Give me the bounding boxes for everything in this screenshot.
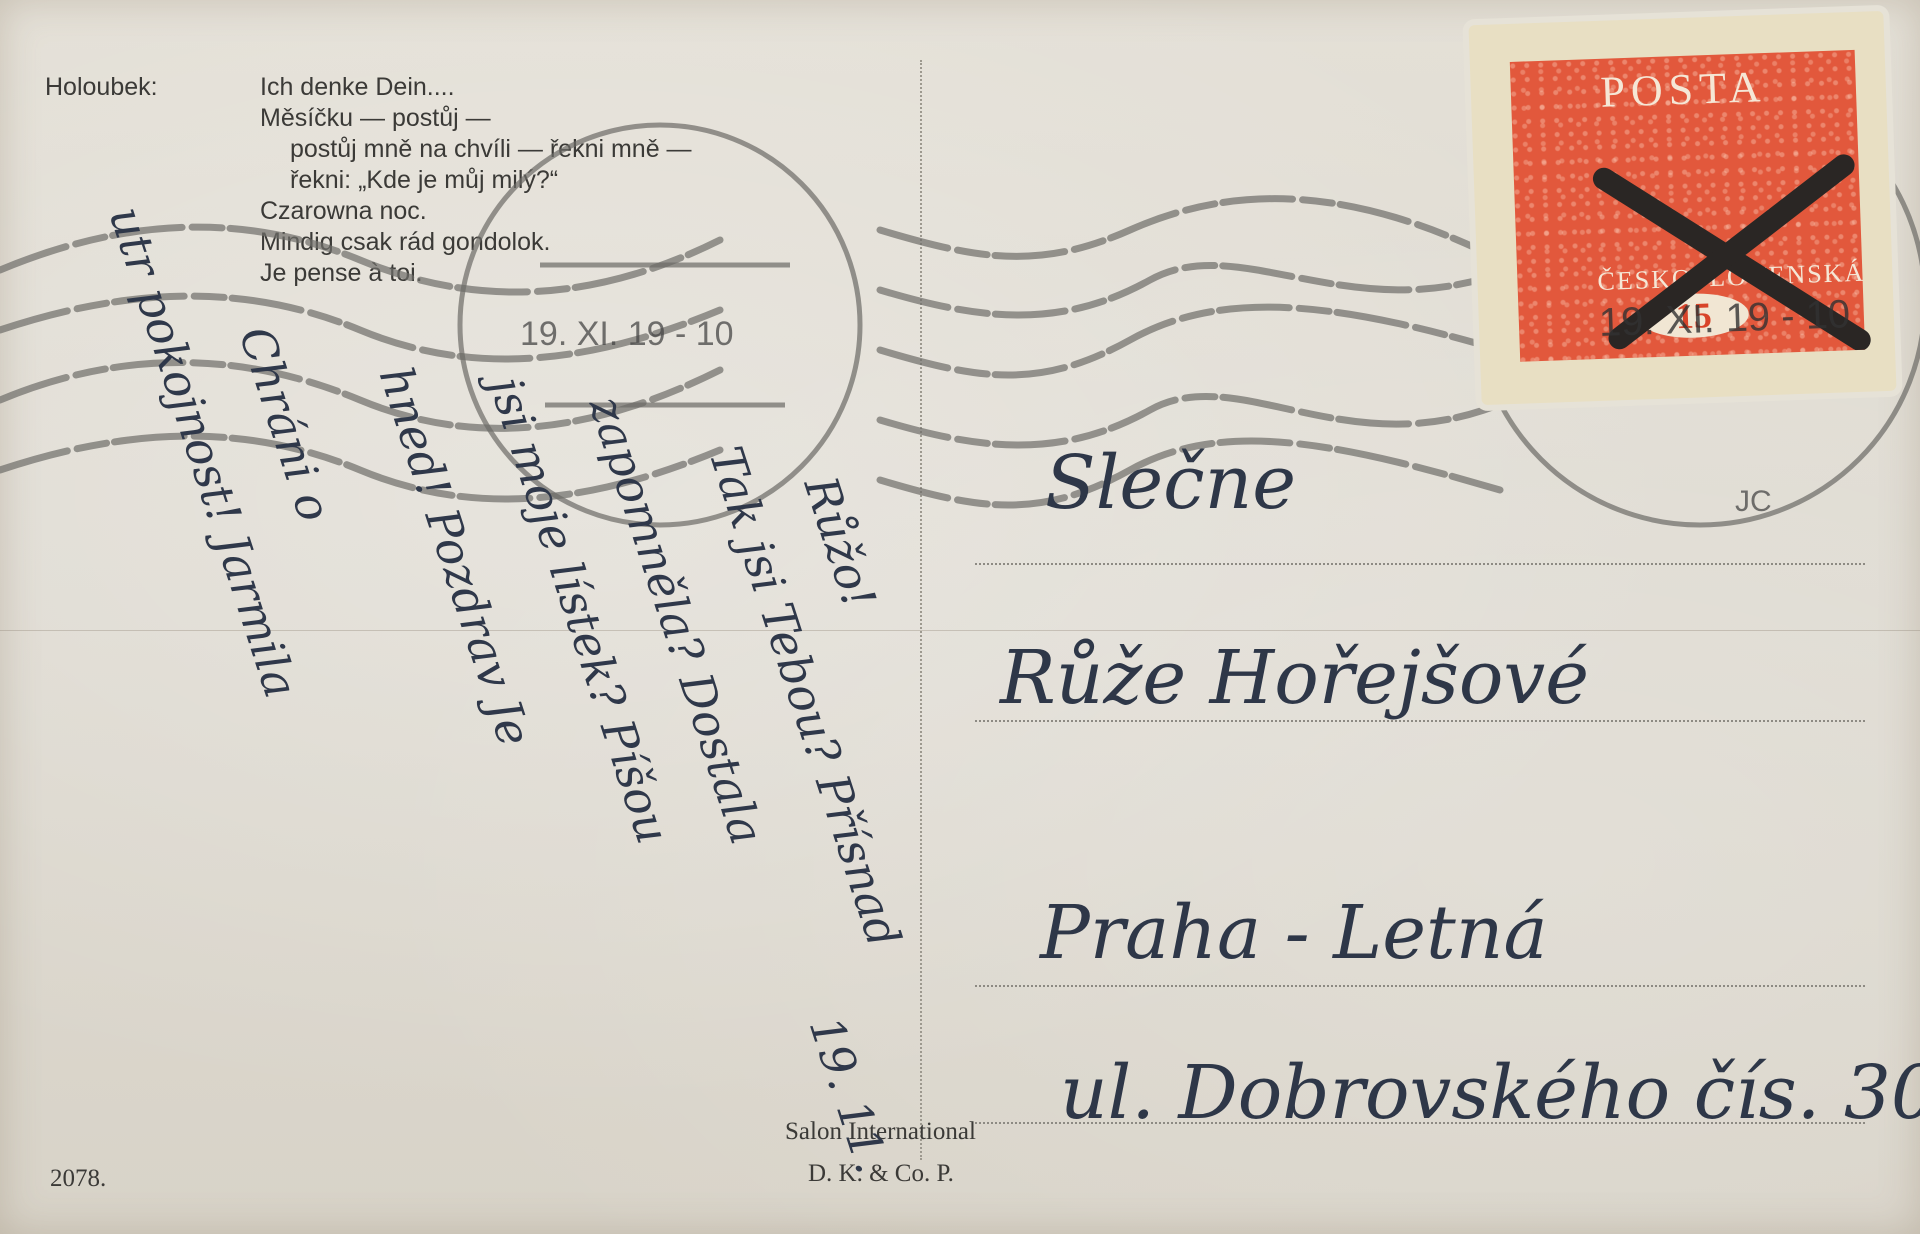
postcard: Holoubek: Ich denke Dein.... Měsíčku — p… — [0, 0, 1920, 1234]
postmark-date-left: 19. XI. 19 - 10 — [520, 315, 734, 354]
address-salutation: Slečne — [1045, 440, 1296, 526]
address-name: Růže Hořejšové — [1000, 635, 1589, 721]
address-city: Praha - Letná — [1040, 890, 1548, 976]
postmark-date-stamp: 19. XI. 19 - 10 — [1598, 292, 1851, 346]
postmark-station-code: JC — [1735, 485, 1772, 519]
postage-stamp: POSTA ČESKOSLOVENSKÁ 15 19. XI. 19 - 10 — [1468, 11, 1896, 405]
address-street: ul. Dobrovského čís. 30. — [1060, 1050, 1920, 1136]
stamp-title: POSTA — [1510, 58, 1857, 121]
